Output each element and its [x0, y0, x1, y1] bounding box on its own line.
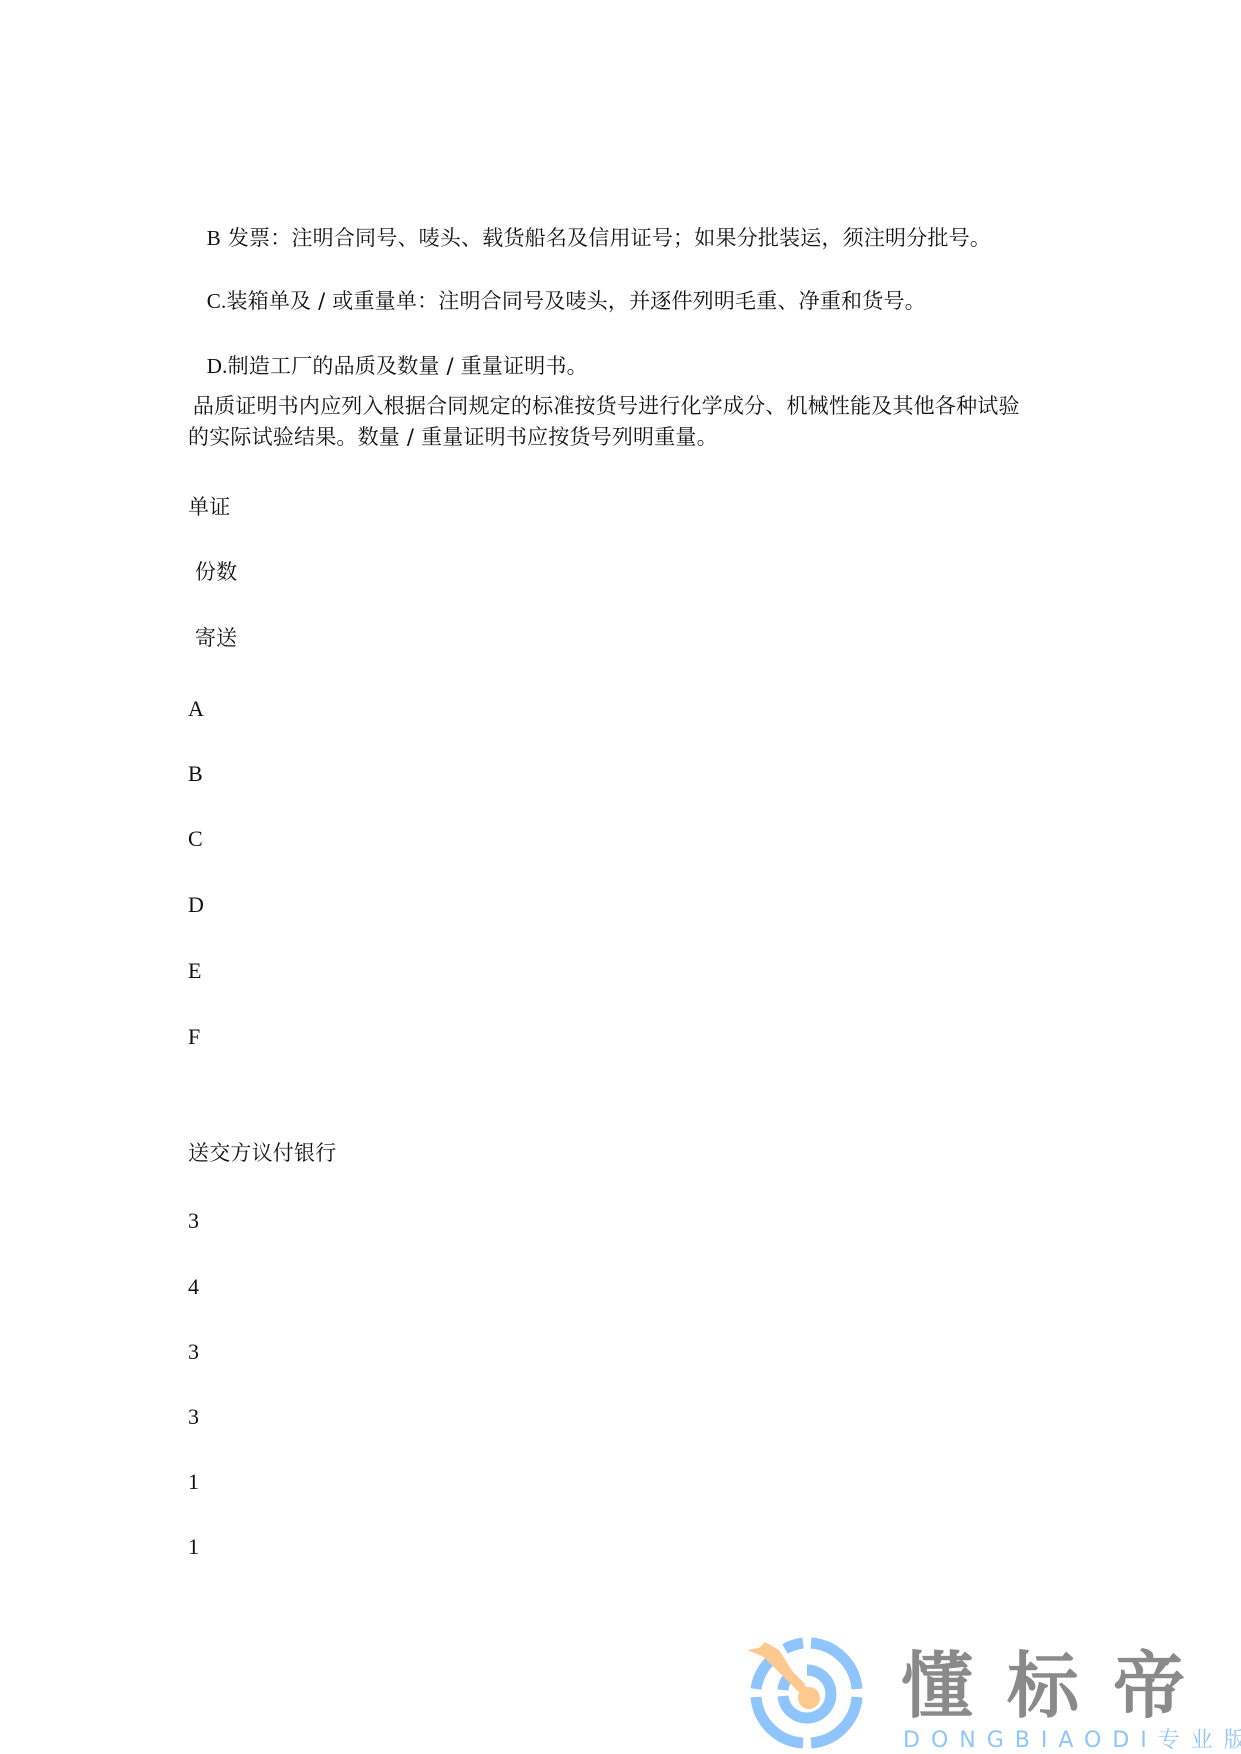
header-copies: 份数: [188, 559, 237, 585]
document-code: D: [188, 892, 204, 918]
brand-name-cn: 懂标帝: [901, 1646, 1219, 1726]
brand-name-en: DONGBIAODI专业版: [903, 1728, 1241, 1754]
recipient-bank: 送交方议付银行: [188, 1140, 336, 1166]
copy-count: 1: [188, 1534, 199, 1560]
document-code: C: [188, 826, 203, 852]
document-code: B: [188, 761, 203, 787]
document-code: A: [188, 696, 204, 722]
brand-watermark: 懂标帝 DONGBIAODI专业版: [745, 1632, 1241, 1754]
copy-count: 3: [188, 1404, 199, 1430]
document-code: E: [188, 958, 202, 984]
packing-list-requirement: C.装箱单及 / 或重量单：注明合同号及唛头，并逐件列明毛重、净重和货号。: [193, 262, 926, 314]
invoice-requirement: B 发票：注明合同号、唛头、载货船名及信用证号；如果分批装运，须注明分批号。: [193, 199, 991, 251]
copy-count: 1: [188, 1469, 199, 1495]
target-arrow-icon: [745, 1632, 867, 1754]
invoice-text: 发票：注明合同号、唛头、载货船名及信用证号；如果分批装运，须注明分批号。: [221, 226, 991, 250]
certificate-requirement: D.制造工厂的品质及数量 / 重量证明书。: [193, 327, 588, 379]
copy-count: 3: [188, 1208, 199, 1234]
certificate-text: 制造工厂的品质及数量 / 重量证明书。: [228, 354, 588, 378]
item-letter: B: [207, 226, 221, 250]
item-letter: D.: [207, 354, 228, 378]
header-documents: 单证: [188, 494, 230, 520]
packing-list-text: 装箱单及 / 或重量单：注明合同号及唛头，并逐件列明毛重、净重和货号。: [226, 289, 925, 313]
header-send-to: 寄送: [188, 625, 237, 651]
copy-count: 3: [188, 1339, 199, 1365]
document-code: F: [188, 1024, 200, 1050]
item-letter: C.: [207, 289, 227, 313]
copy-count: 4: [188, 1274, 199, 1300]
quality-note-line-1: 品质证明书内应列入根据合同规定的标准按货号进行化学成分、机械性能及其他各种试验: [186, 393, 1020, 419]
quality-note-line-2: 的实际试验结果。数量 / 重量证明书应按货号列明重量。: [188, 424, 718, 450]
